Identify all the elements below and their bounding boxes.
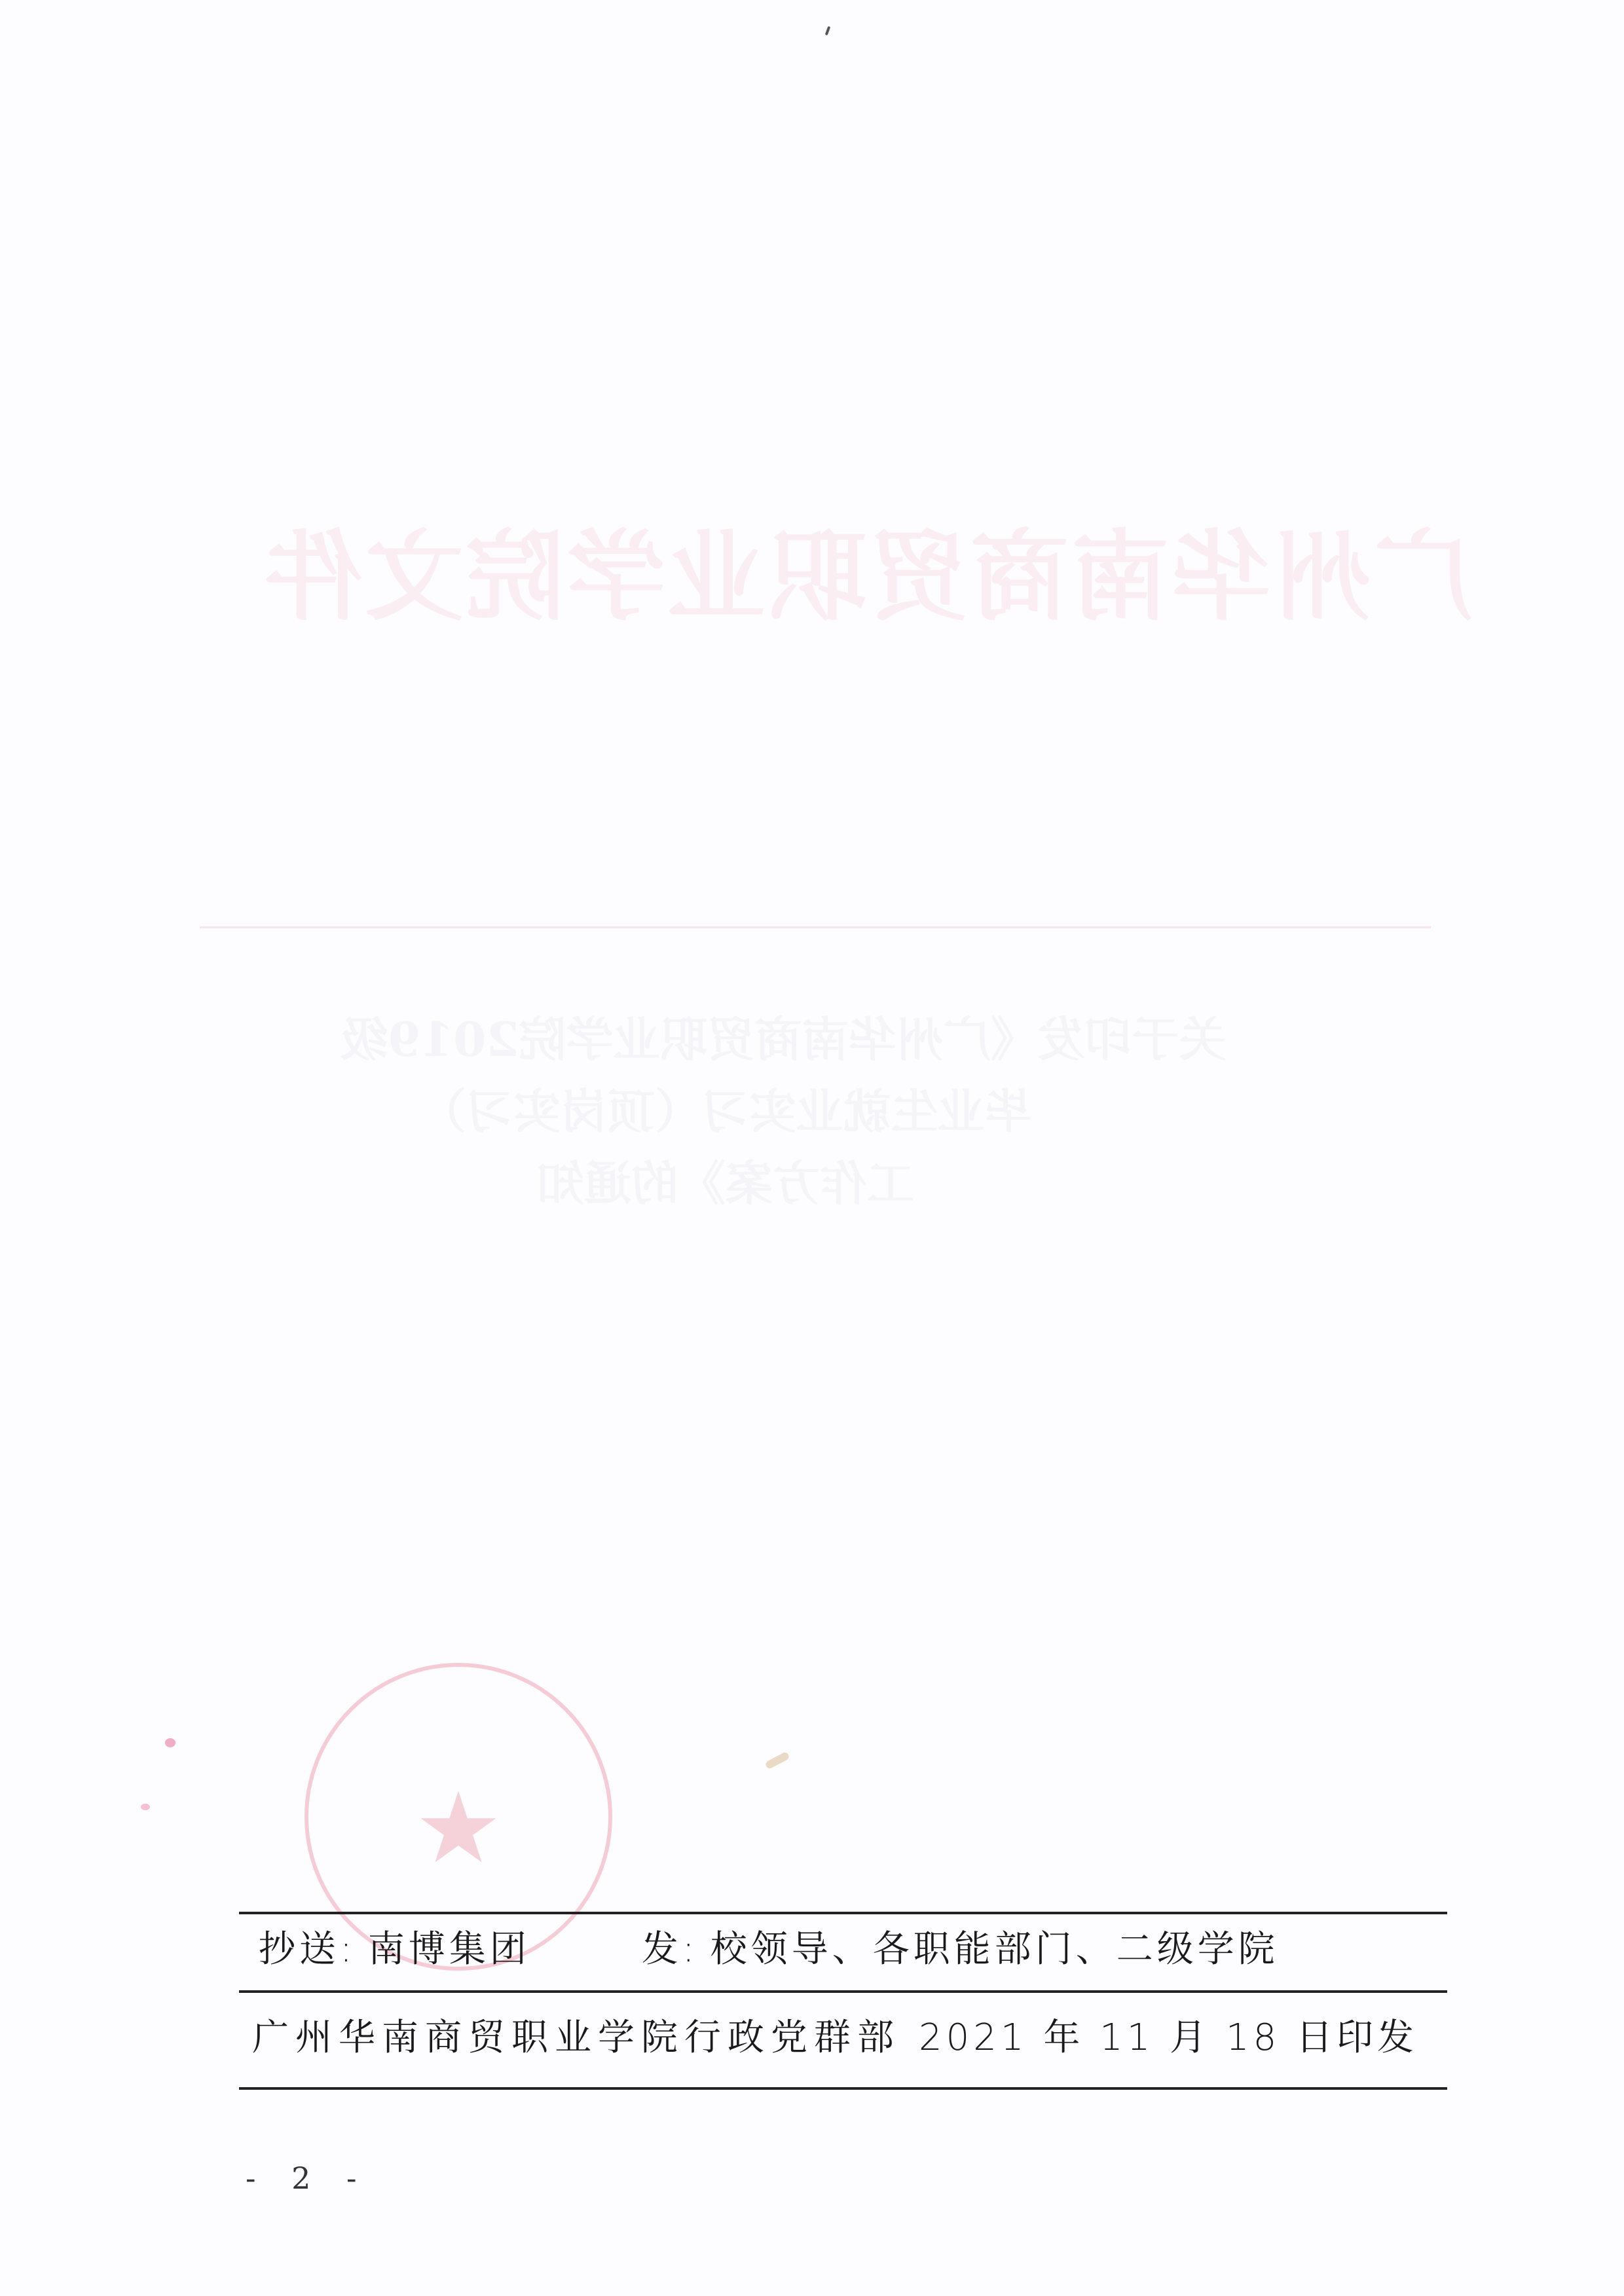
bleed-through-red-rule [200, 926, 1431, 928]
scan-speck [141, 1804, 150, 1810]
seal-star-icon: ★ [415, 1779, 502, 1878]
distribution-bottom-rule [239, 2087, 1447, 2090]
send-label: 发: [642, 1931, 699, 1968]
bleed-through-header-title: 广州华南商贸职业学院文件 [262, 498, 1472, 639]
bleed-through-heading-line-2: 毕业生就业实习（顶岗实习） [419, 1074, 1032, 1142]
distribution-top-rule [239, 1912, 1447, 1914]
cc-recipients: 南博集团 [368, 1931, 530, 1968]
printing-row: 广州华南商贸职业学院行政党群部2021 年 11 月 18 日印发 [252, 2020, 1418, 2056]
bleed-through-heading-line-3: 工作方案》的通知 [537, 1146, 914, 1214]
scan-speck [764, 1751, 790, 1770]
print-date: 2021 年 11 月 18 日印发 [919, 2020, 1418, 2056]
distribution-middle-rule [239, 1990, 1447, 1993]
scan-speck [165, 1738, 175, 1747]
bleed-through-heading-line-1: 关于印发《广州华南商贸职业学院2019级 [341, 1002, 1226, 1070]
official-seal: ★ [304, 1663, 612, 1971]
distribution-row: 抄送:南博集团发:校领导、各职能部门、二级学院 [259, 1931, 1279, 1968]
page-number: - 2 - [246, 2160, 370, 2196]
send-recipients: 校领导、各职能部门、二级学院 [710, 1931, 1279, 1968]
scan-speck [825, 26, 831, 36]
issuing-department: 广州华南商贸职业学院行政党群部 [252, 2020, 900, 2056]
cc-label: 抄送: [259, 1931, 356, 1968]
